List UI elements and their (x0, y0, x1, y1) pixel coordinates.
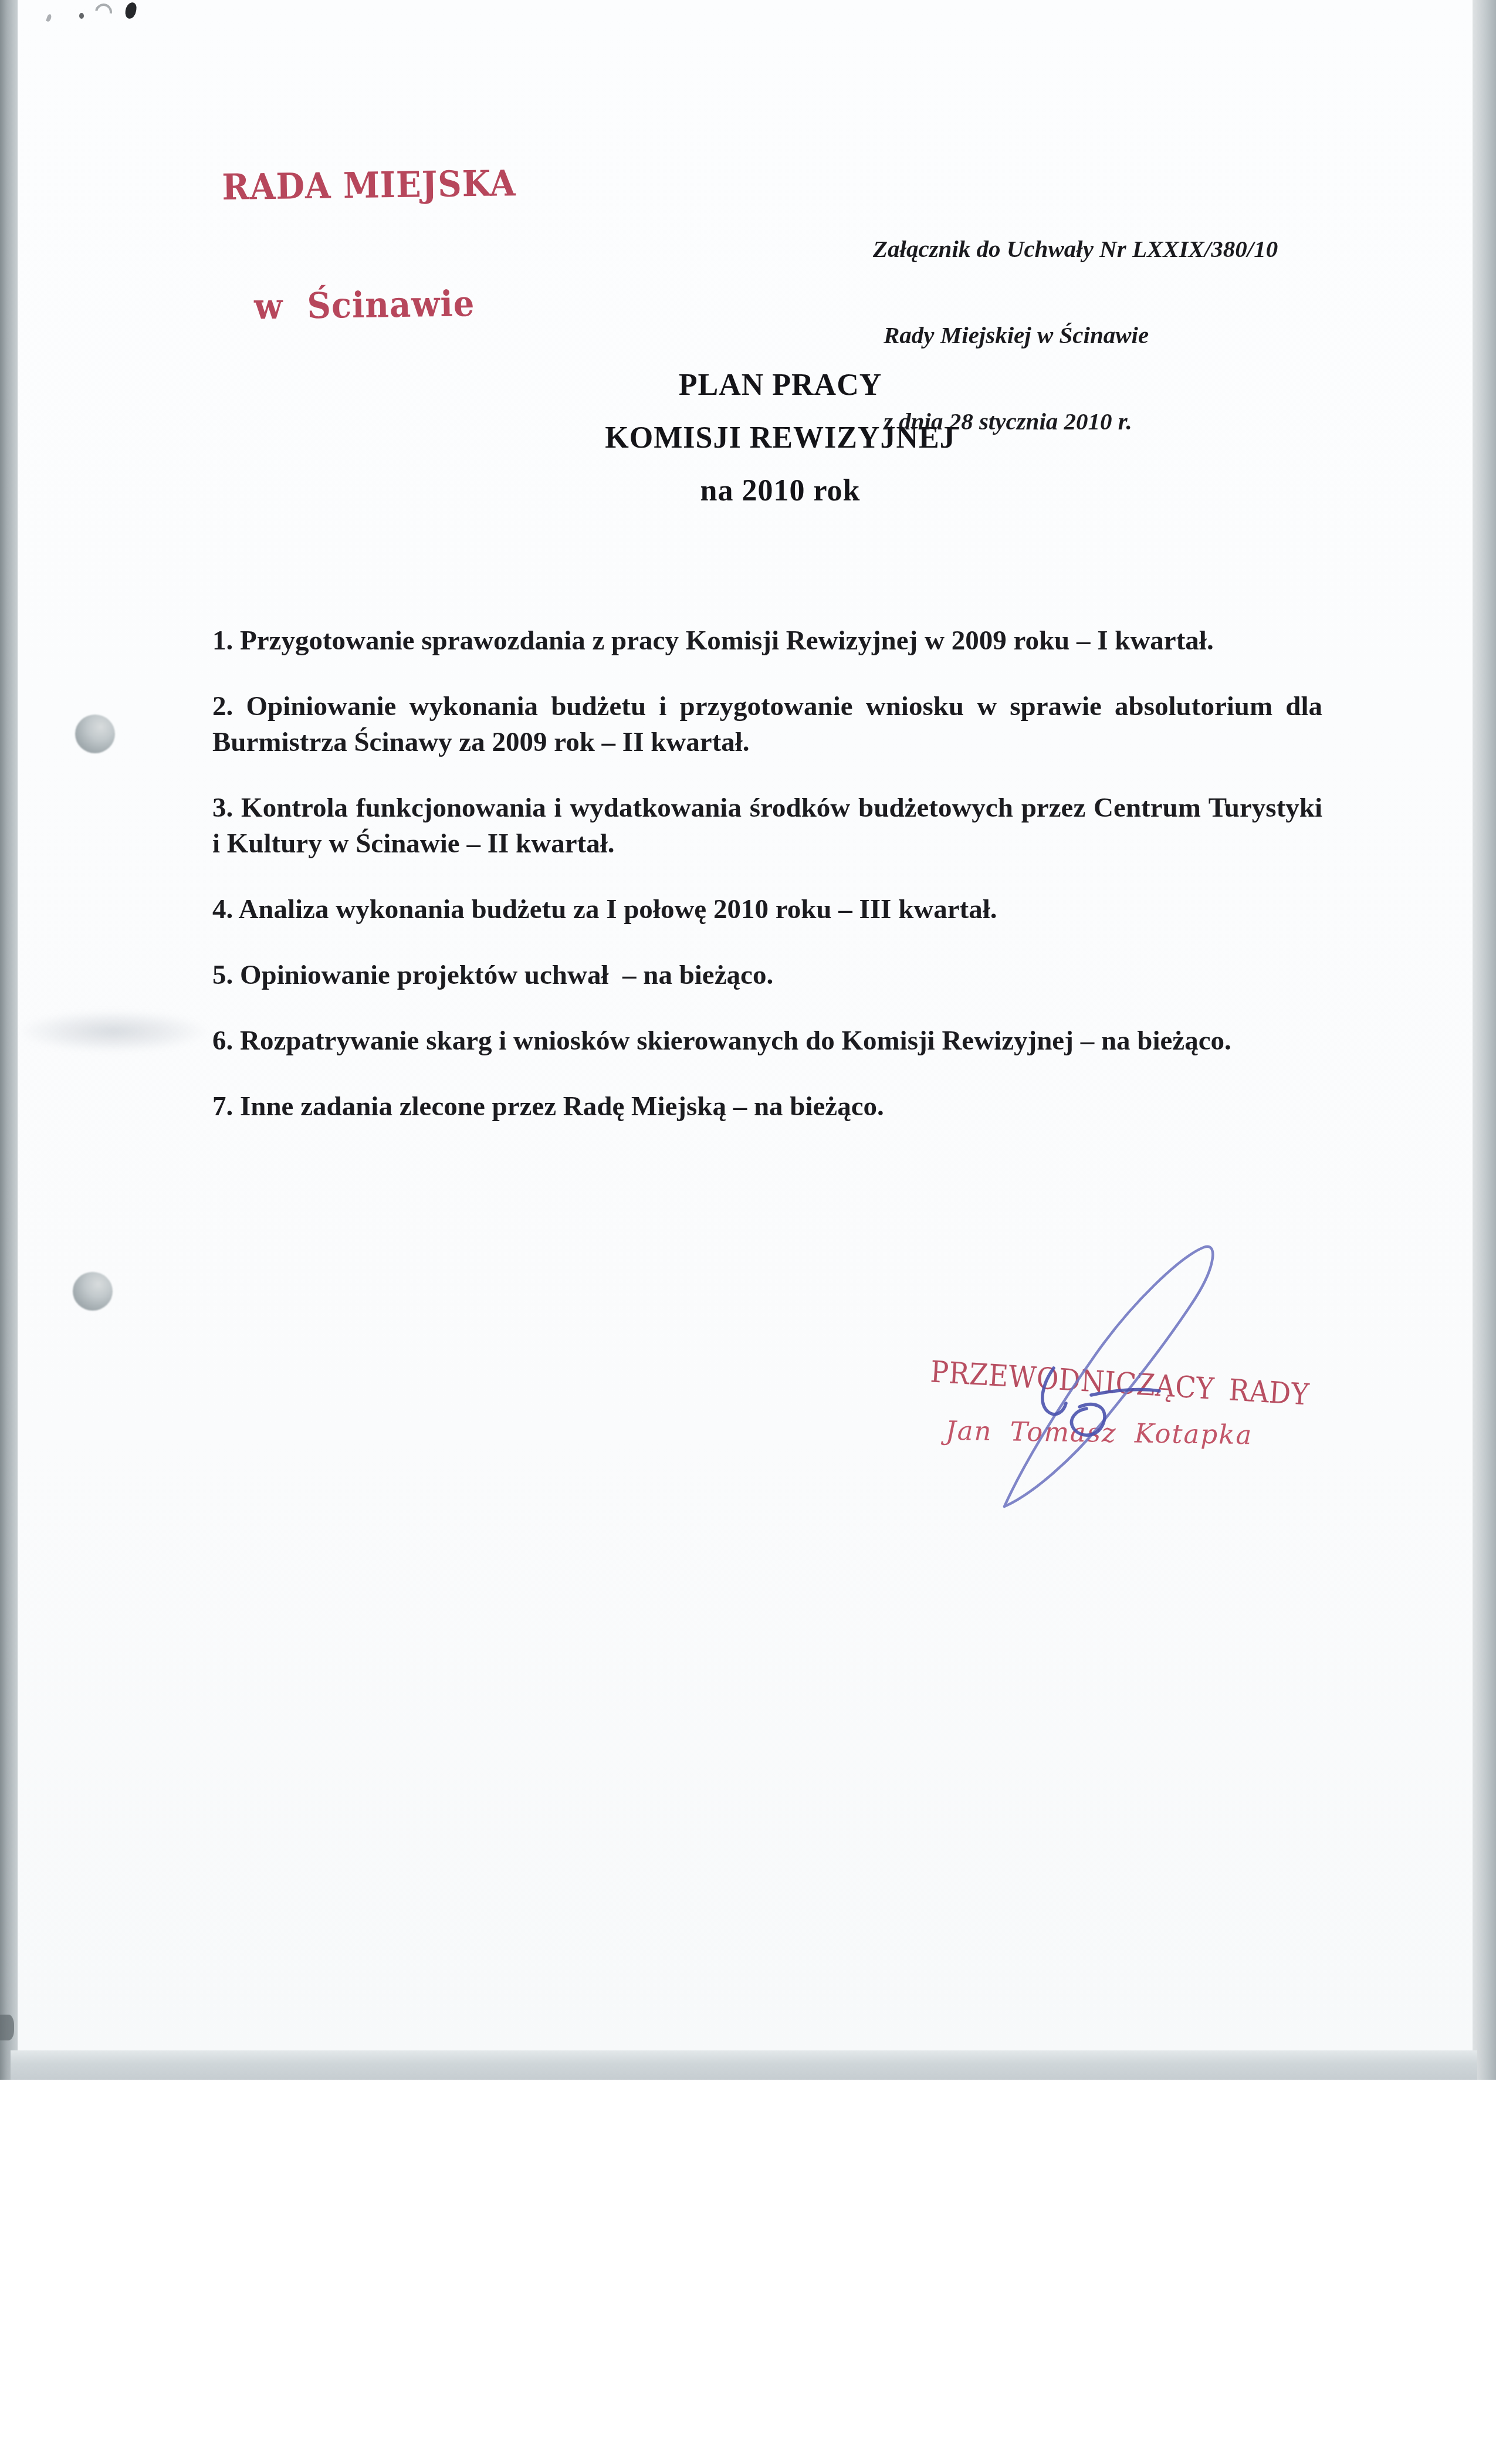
handwritten-signature-ink (939, 1220, 1267, 1525)
work-plan-list: 1. Przygotowanie sprawozdania z pracy Ko… (212, 623, 1322, 1125)
stamp-line: RADA MIEJSKA (222, 164, 516, 208)
paper-bottom-edge-shadow (11, 2050, 1477, 2080)
list-item: 5. Opiniowanie projektów uchwał – na bie… (212, 957, 1322, 993)
list-item: 3. Kontrola funkcjonowania i wydatkowani… (212, 790, 1322, 862)
list-item: 2. Opiniowanie wykonania budżetu i przyg… (212, 689, 1322, 760)
annex-line: Rady Miejskiej w Ścinawie (873, 321, 1331, 350)
scan-edge-right (1469, 0, 1496, 2080)
list-item: 1. Przygotowanie sprawozdania z pracy Ko… (212, 623, 1322, 659)
annex-line: Załącznik do Uchwały Nr LXXIX/380/10 (873, 235, 1331, 263)
title-line: PLAN PRACY (241, 359, 1320, 412)
scan-corner-artifact (0, 2015, 14, 2040)
stamp-line: w Ścinawie (254, 283, 518, 327)
list-item: 7. Inne zadania zlecone przez Radę Miejs… (212, 1089, 1322, 1125)
document-title: PLAN PRACY KOMISJI REWIZYJNEJ na 2010 ro… (241, 359, 1320, 517)
punch-hole-top (75, 715, 115, 753)
scan-edge-left (0, 0, 20, 2080)
ink-speck (79, 13, 84, 19)
list-item: 6. Rozpatrywanie skarg i wniosków skiero… (212, 1023, 1322, 1059)
punch-hole-bottom (73, 1272, 113, 1311)
scanned-document-page: RADA MIEJSKA w Ścinawie Załącznik do Uch… (0, 0, 1496, 2464)
title-line: na 2010 rok (241, 465, 1320, 517)
scan-smudge (16, 1010, 210, 1052)
list-item: 4. Analiza wykonania budżetu za I połowę… (212, 892, 1322, 928)
title-line: KOMISJI REWIZYJNEJ (241, 412, 1320, 465)
